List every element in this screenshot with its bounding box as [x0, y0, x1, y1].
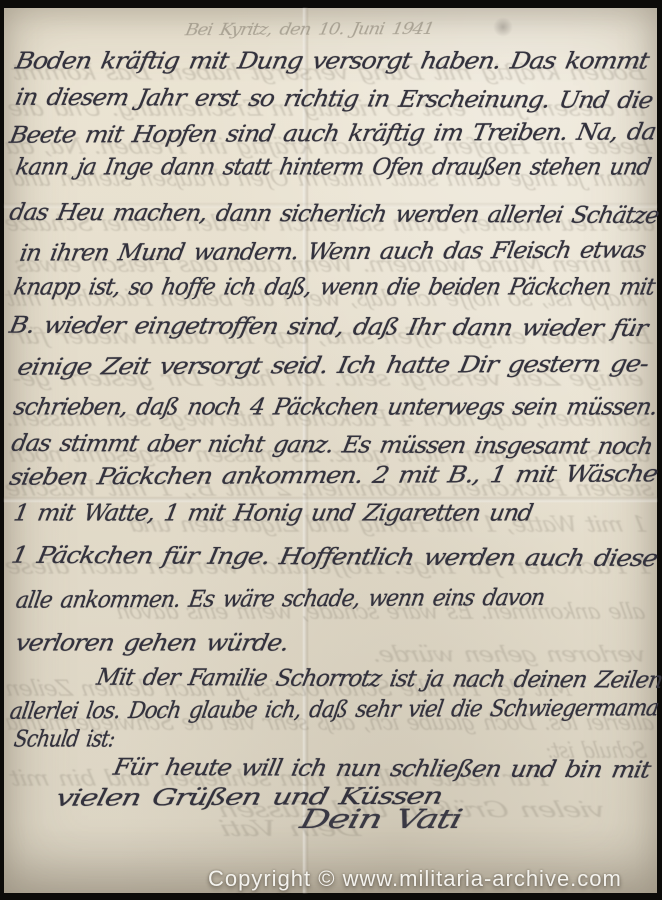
handwriting-line: in diesem Jahr erst so richtig in Ersche… [14, 86, 655, 112]
handwriting-line: das Heu machen, dann sicherlich werden a… [8, 201, 660, 227]
handwriting-line: sieben Päckchen ankommen. 2 mit B., 1 mi… [8, 463, 660, 490]
bleedthrough-date: Bei Kyritz, den 10. Juni 1941 [184, 21, 435, 39]
handwriting-line: das stimmt aber nicht ganz. Es müssen in… [10, 432, 654, 458]
handwriting-line: Für heute will ich nun schließen und bin… [112, 756, 652, 782]
handwriting-line: verloren gehen würde. [14, 632, 290, 655]
copyright-watermark: Copyright © www.militaria-archive.com [208, 866, 622, 892]
handwriting-line: knapp ist, so hoffe ich daß, wenn die be… [12, 276, 656, 299]
handwriting-line: 1 Päckchen für Inge. Hoffentlich werden … [9, 544, 659, 570]
handwriting-line: in ihren Mund wandern. Wenn auch das Fle… [18, 239, 647, 265]
handwriting-line: einige Zeit versorgt seid. Ich hatte Dir… [16, 353, 650, 379]
handwriting-line: schrieben, daß noch 4 Päckchen unterwegs… [12, 396, 659, 419]
handwriting-line: alle ankommen. Es wäre schade, wenn eins… [14, 586, 546, 612]
handwriting-line: 1 mit Watte, 1 mit Honig und Zigaretten … [12, 502, 534, 525]
handwriting-line: Boden kräftig mit Dung versorgt haben. D… [14, 50, 651, 73]
handwriting-line: Schuld ist: [12, 728, 116, 751]
handwriting-line: Mit der Familie Schorrotz ist ja nach de… [95, 666, 662, 692]
handwriting-line: allerlei los. Doch glaube ich, daß sehr … [8, 697, 659, 724]
letter-paper: Boden kräftig mit Dung versorgt haben. D… [4, 8, 657, 893]
handwriting-line: B. wieder eingetroffen sind, daß Ihr dan… [7, 314, 648, 340]
handwriting-line: Beete mit Hopfen sind auch kräftig im Tr… [8, 121, 657, 148]
handwriting-layer: Bei Kyritz, den 10. Juni 1941Boden kräft… [4, 8, 657, 893]
signature: Dein Vati [298, 806, 464, 832]
handwriting-line: kann ja Inge dann statt hinterm Ofen dra… [14, 156, 652, 179]
